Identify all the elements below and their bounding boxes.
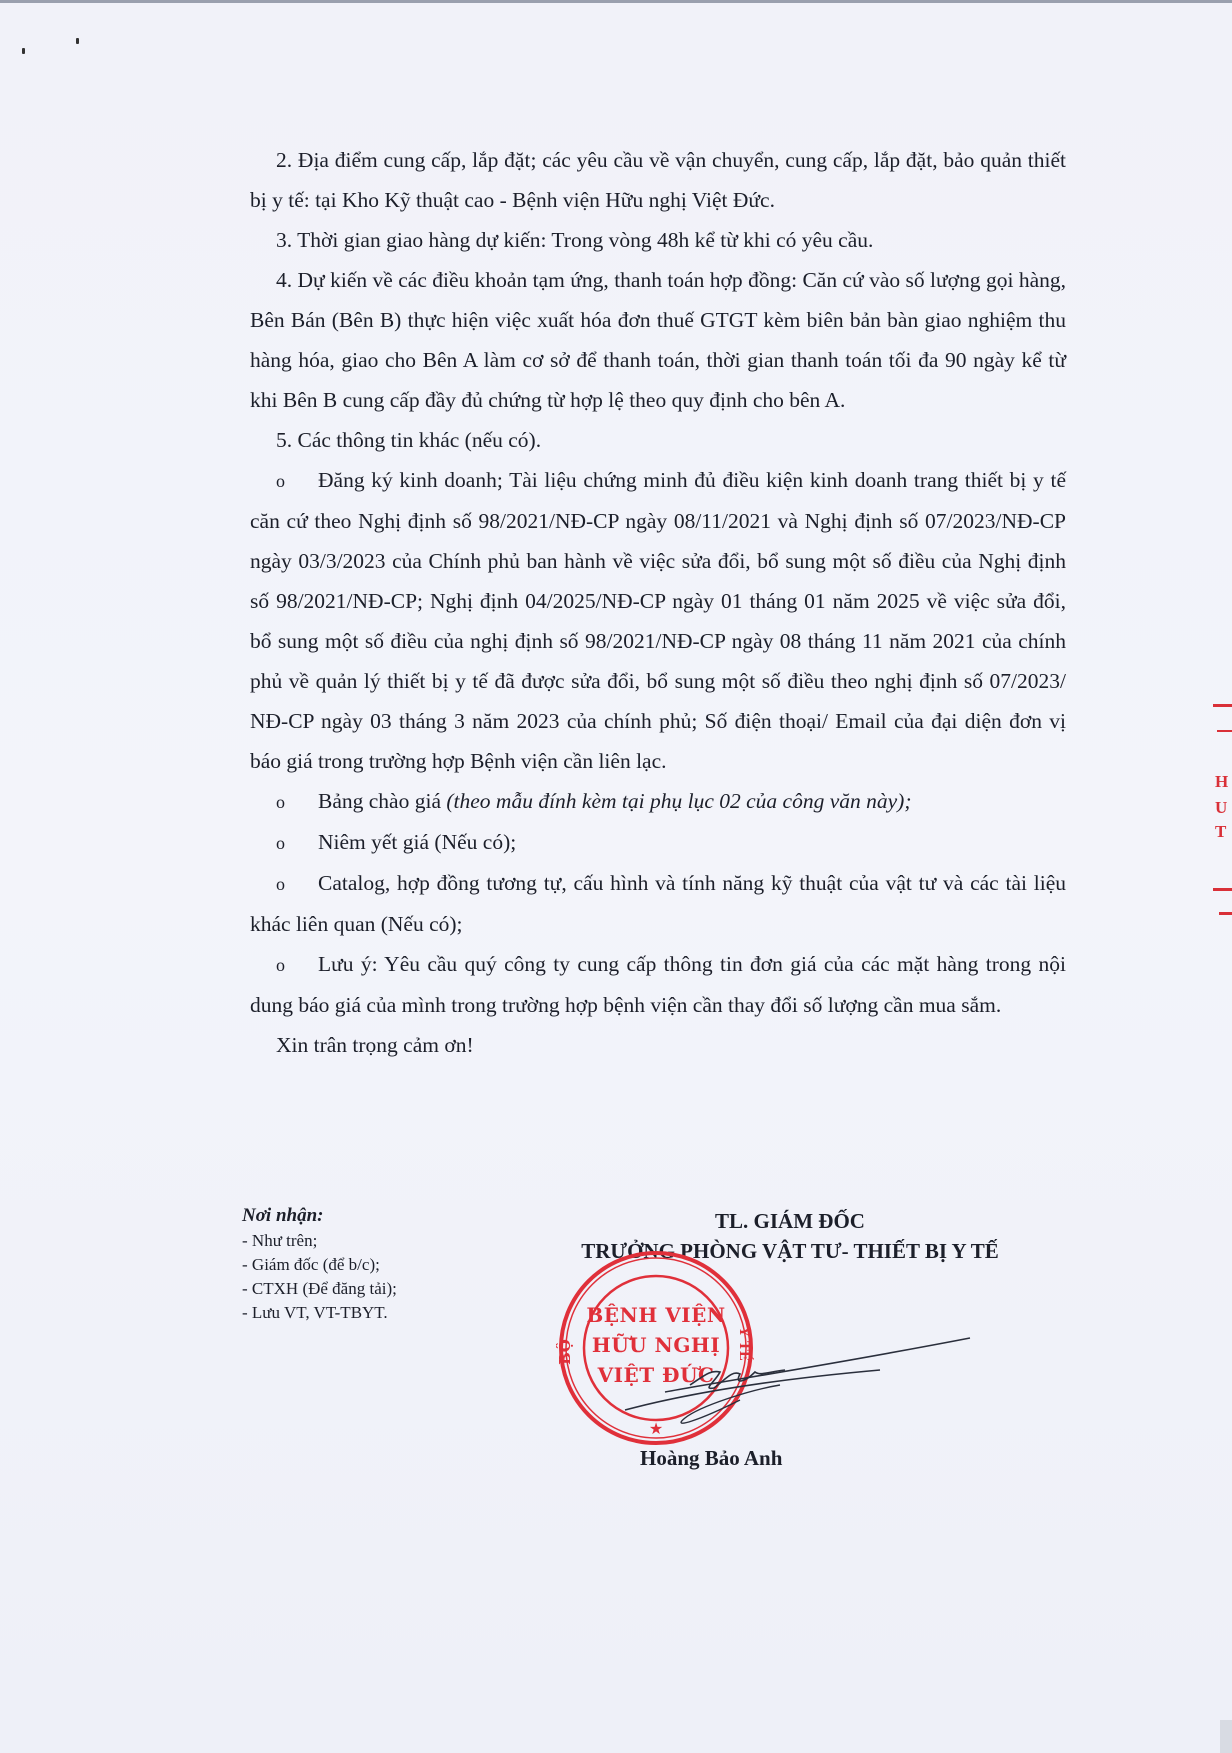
bullet-marker-icon: o bbox=[276, 945, 318, 985]
recipients-title: Nơi nhận: bbox=[242, 1203, 397, 1229]
document-page: 2. Địa điểm cung cấp, lắp đặt; các yêu c… bbox=[0, 0, 1232, 1753]
scan-top-edge bbox=[0, 0, 1232, 3]
recipient-item: - Lưu VT, VT-TBYT. bbox=[242, 1301, 397, 1325]
closing-line: Xin trân trọng cảm ơn! bbox=[250, 1025, 1066, 1065]
bullet-listed-price: oNiêm yết giá (Nếu có); bbox=[250, 822, 1066, 863]
recipients-block: Nơi nhận: - Như trên; - Giám đốc (để b/c… bbox=[242, 1203, 397, 1325]
paragraph-delivery-time: 3. Thời gian giao hàng dự kiến: Trong vò… bbox=[250, 220, 1066, 260]
recipient-item: - Như trên; bbox=[242, 1229, 397, 1253]
bullet-marker-icon: o bbox=[276, 864, 318, 904]
bullet-note: oLưu ý: Yêu cầu quý công ty cung cấp thô… bbox=[250, 944, 1066, 1025]
scan-mark bbox=[76, 38, 79, 44]
bullet-business-registration: oĐăng ký kinh doanh; Tài liệu chứng minh… bbox=[250, 460, 1066, 781]
scan-corner-shadow bbox=[1220, 1720, 1232, 1753]
bullet-catalog: oCatalog, hợp đồng tương tự, cấu hình và… bbox=[250, 863, 1066, 944]
bullet-marker-icon: o bbox=[276, 782, 318, 822]
handwritten-signature-icon bbox=[610, 1330, 980, 1430]
signature-title-line1: TL. GIÁM ĐỐC bbox=[520, 1206, 1060, 1236]
recipient-item: - Giám đốc (để b/c); bbox=[242, 1253, 397, 1277]
recipient-item: - CTXH (Để đăng tải); bbox=[242, 1277, 397, 1301]
paragraph-delivery-location: 2. Địa điểm cung cấp, lắp đặt; các yêu c… bbox=[250, 140, 1066, 220]
document-body: 2. Địa điểm cung cấp, lắp đặt; các yêu c… bbox=[250, 140, 1066, 1065]
bullet-marker-icon: o bbox=[276, 461, 318, 501]
adjacent-page-stamp-fragment: H U T bbox=[1205, 700, 1232, 930]
paragraph-other-info: 5. Các thông tin khác (nếu có). bbox=[250, 420, 1066, 460]
scan-mark bbox=[22, 48, 25, 54]
signer-name: Hoàng Bảo Anh bbox=[640, 1446, 782, 1471]
paragraph-payment-terms: 4. Dự kiến về các điều khoản tạm ứng, th… bbox=[250, 260, 1066, 420]
bullet-marker-icon: o bbox=[276, 823, 318, 863]
bullet-price-quote: oBảng chào giá (theo mẫu đính kèm tại ph… bbox=[250, 781, 1066, 822]
